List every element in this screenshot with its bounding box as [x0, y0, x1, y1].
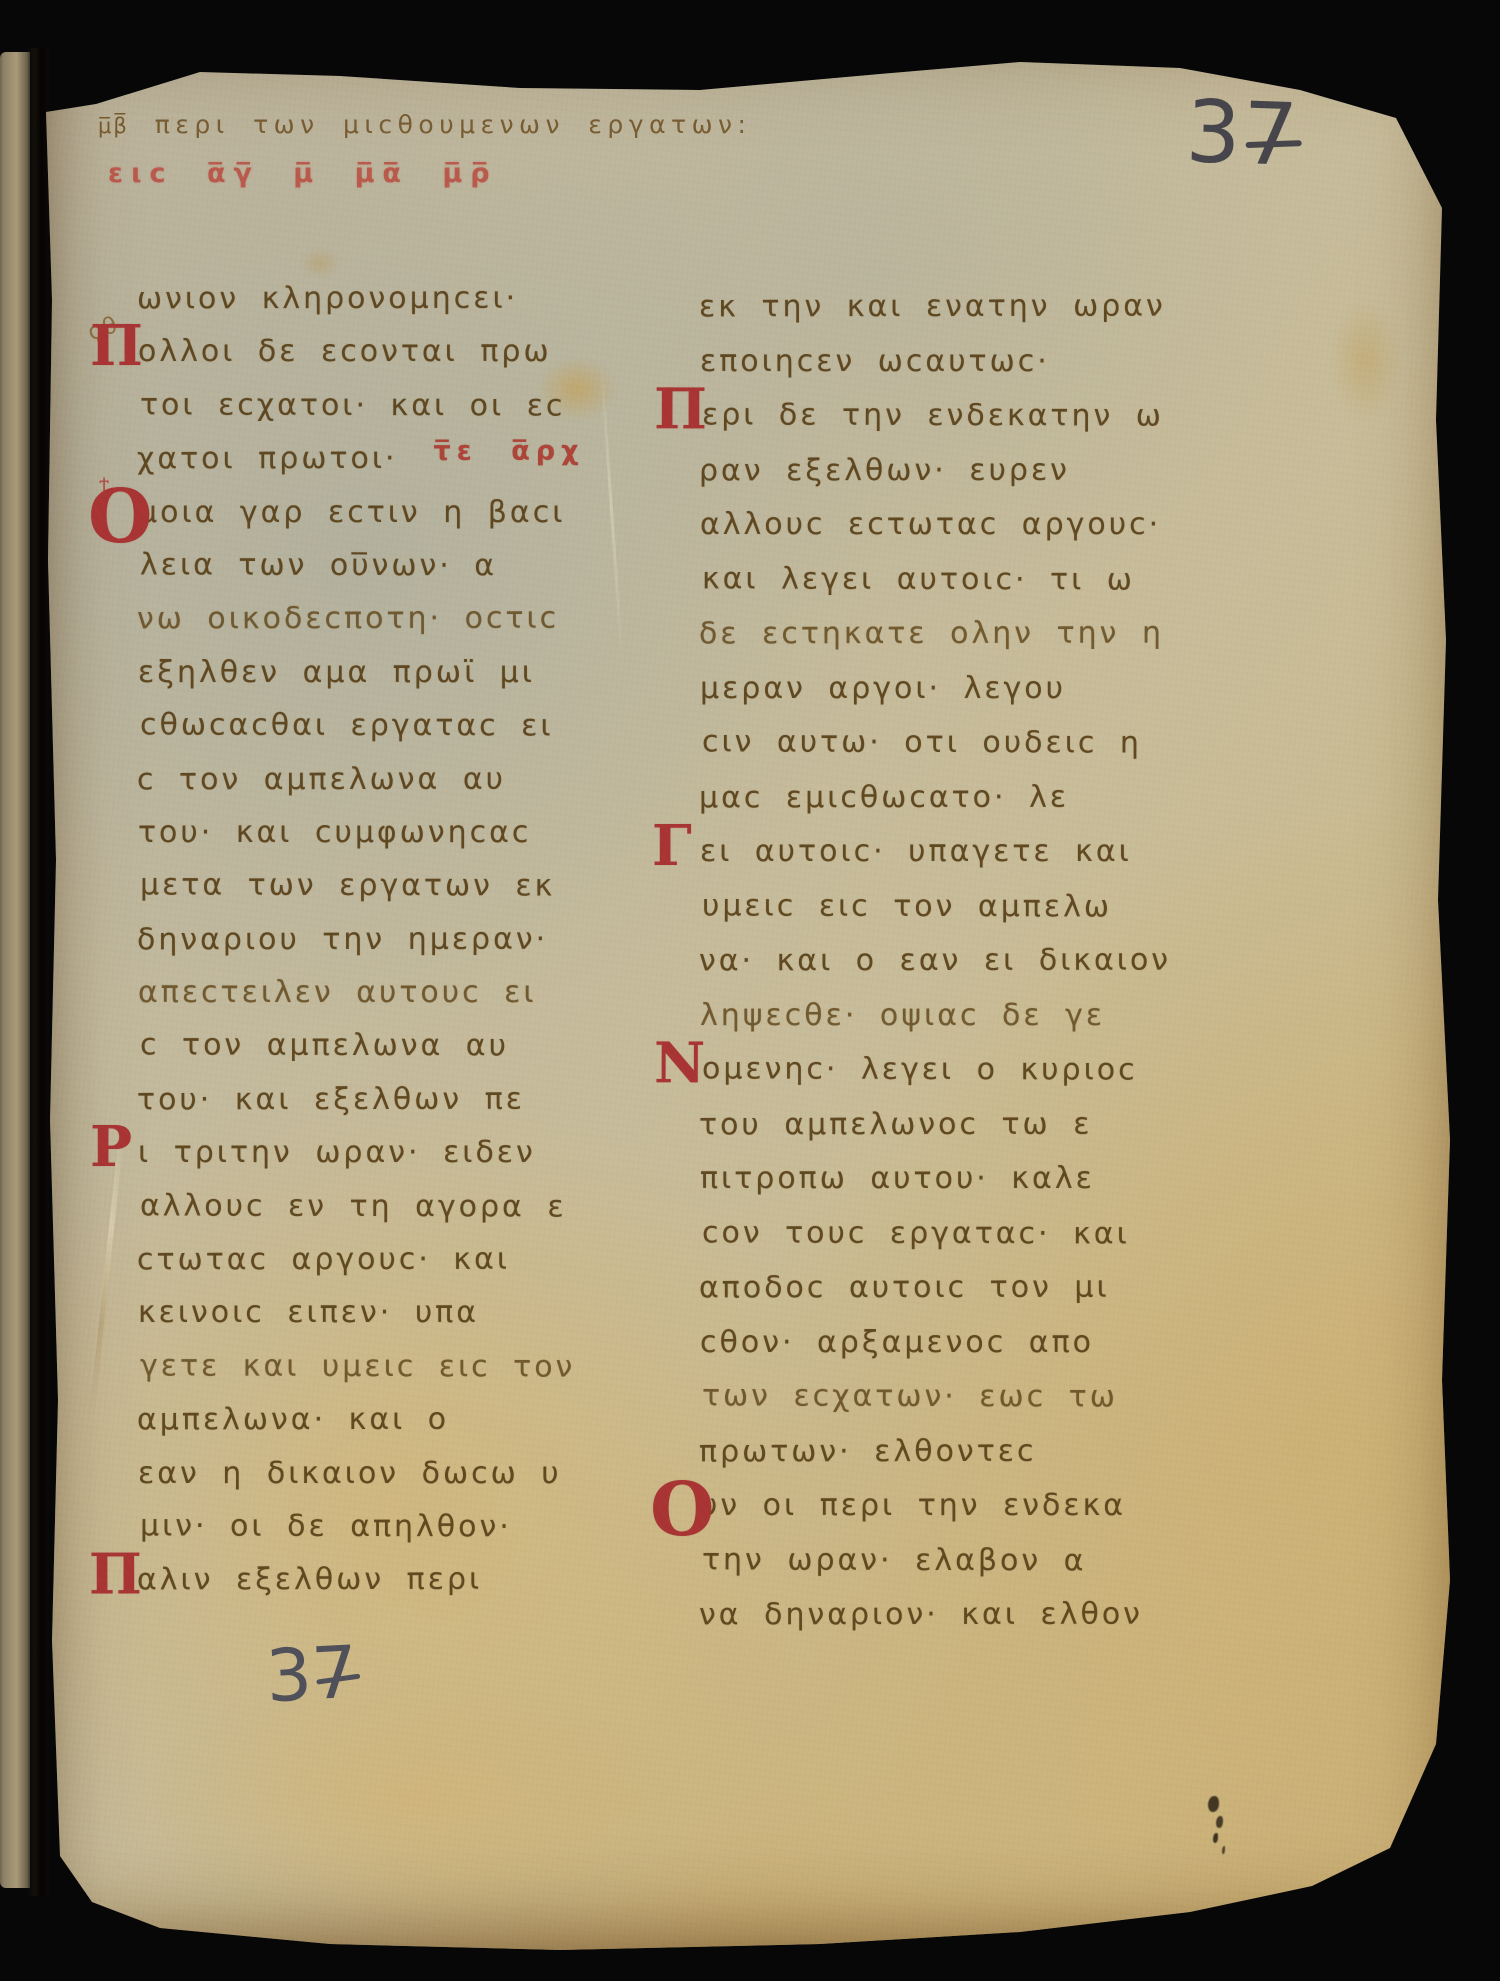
text-line: ϲθωϲαϲθαι εργαταϲ ει: [140, 699, 588, 754]
line-text: εξηλθεν αμα πρωϊ μι: [138, 655, 535, 690]
line-text: κεινοιϲ ειπεν· υπα: [138, 1295, 479, 1330]
line-text: αμπελωνα· και ο: [137, 1402, 449, 1438]
line-text: ερι δε την ενδεκατην ω: [702, 397, 1164, 433]
text-line: Παλιν εξελθων περι: [137, 1553, 585, 1607]
line-text: ραν εξελθων· ευρεν: [699, 452, 1070, 488]
line-text: εκ την και ενατην ωραν: [699, 289, 1166, 325]
line-text: ληψεϲθε· οψιαϲ δε γε: [700, 998, 1105, 1033]
line-text: ολλοι δε εϲονται πρω: [138, 334, 552, 369]
line-text: ϲθον· αρξαμενοϲ απο: [700, 1325, 1094, 1360]
line-text: ι τριτην ωραν· ειδεν: [138, 1135, 536, 1170]
text-line: Γει αυτοιϲ· υπαγετε και: [700, 825, 1172, 880]
text-line: εαν η δικαιον δωϲω υ: [138, 1447, 586, 1500]
drop-cap-initial: Π: [89, 1547, 145, 1603]
line-text: του· και ϲυμφωνηϲαϲ: [138, 815, 531, 850]
rubric-lection-note: ειϲ α̅γ̅ μ̅ μ̅α̅ μ̅ρ̅: [108, 158, 498, 189]
text-line: αμπελωνα· και ο: [137, 1393, 585, 1447]
line-text: πιτροπω αυτου· καλε: [700, 1161, 1095, 1196]
line-text: αποδοϲ αυτοιϲ τον μι: [699, 1270, 1110, 1306]
text-line: Νομενηϲ· λεγει ο κυριοϲ: [702, 1042, 1174, 1098]
text-line: χατοι πρωτοι·τ̅ε α̅ρχ: [137, 432, 585, 486]
line-text: ει αυτοιϲ· υπαγετε και: [700, 834, 1132, 869]
previous-page-edge: [0, 52, 30, 1888]
line-text: τοι εϲχατοι· και οι εϲ: [140, 387, 566, 423]
line-text: λεια των ου̅νων· α: [140, 547, 497, 583]
text-line: δηναριου την ημεραν·: [137, 912, 585, 966]
drop-cap-initial: Ο: [88, 480, 155, 554]
drop-cap-initial: Ν: [654, 1035, 708, 1091]
text-line: εποιηϲεν ωϲαυτωϲ·: [700, 335, 1172, 390]
stain-mark: [1330, 300, 1400, 420]
text-line: αλλουϲ εϲτωταϲ αργουϲ·: [700, 498, 1172, 553]
text-line: ϲ τον αμπελωνα αυ: [137, 752, 585, 806]
line-text: εποιηϲεν ωϲαυτωϲ·: [700, 344, 1050, 379]
text-line: ϲτωταϲ αργουϲ· και: [137, 1233, 585, 1287]
folio-number-bottom-text: 37: [264, 1630, 360, 1719]
text-line: μεραν αργοι· λεγου: [700, 662, 1172, 717]
line-text: την ωραν· ελαβον α: [702, 1542, 1087, 1578]
manuscript-page: μ̅β̅περι των μιϲθουμενων εργατων: ειϲ α̅…: [0, 0, 1500, 1981]
text-line: ϲον τουϲ εργαταϲ· και: [702, 1206, 1174, 1262]
line-text: ϲ τον αμπελωνα αυ: [140, 1028, 509, 1064]
line-text: να· και ο εαν ει δικαιον: [699, 943, 1171, 979]
text-line: νω οικοδεϲποτη· οϲτιϲ: [137, 592, 585, 646]
text-line: κεινοιϲ ειπεν· υπα: [138, 1286, 586, 1339]
line-text: ωνιον κληρονομηϲει·: [137, 281, 518, 317]
line-text: νω οικοδεϲποτη· οϲτιϲ: [137, 601, 559, 637]
text-line: να δηναριον· και ελθον: [699, 1588, 1171, 1643]
text-column-left: ωνιον κληρονομηϲει·Πολλοι δε εϲονται πρω…: [138, 272, 586, 1607]
stain-mark: [150, 1680, 670, 1920]
line-text: μετα των εργατων εκ: [140, 868, 555, 904]
text-line: ραν εξελθων· ευρεν: [699, 443, 1171, 498]
text-line: να· και ο εαν ει δικαιον: [699, 934, 1171, 989]
text-line: Ρι τριτην ωραν· ειδεν: [138, 1126, 586, 1179]
line-text: αλιν εξελθων περι: [137, 1562, 482, 1598]
text-line: Ομοια γαρ εϲτιν η βαϲι: [138, 486, 586, 539]
text-line: την ωραν· ελαβον α: [702, 1533, 1174, 1589]
line-text: πρωτων· ελθοντεϲ: [699, 1433, 1037, 1469]
drop-cap-initial: Π: [90, 318, 146, 374]
line-text: μαϲ εμιϲθωϲατο· λε: [699, 779, 1069, 815]
text-line: μετα των εργατων εκ: [140, 859, 588, 914]
line-text: ϲ τον αμπελωνα αυ: [137, 761, 506, 797]
drop-cap-initial: Ο: [650, 1473, 717, 1547]
folio-number-top-text: 37: [1184, 82, 1301, 186]
stain-mark: [300, 248, 340, 278]
text-line: ϲ τον αμπελωνα αυ: [140, 1019, 588, 1074]
line-text: ϲθωϲαϲθαι εργαταϲ ει: [140, 708, 554, 744]
line-text: μεραν αργοι· λεγου: [700, 671, 1066, 706]
line-text: εαν η δικαιον δωϲω υ: [138, 1456, 562, 1491]
line-text: γετε και υμειϲ ειϲ τον: [140, 1348, 575, 1384]
line-text: υμειϲ ειϲ τον αμπελω: [702, 888, 1112, 924]
line-text: χατοι πρωτοι·: [137, 441, 398, 476]
margin-cross-mark: ϯ: [99, 474, 109, 496]
manuscript-photo: μ̅β̅περι των μιϲθουμενων εργατων: ειϲ α̅…: [0, 0, 1500, 1981]
text-line: εκ την και ενατην ωραν: [699, 280, 1171, 335]
line-text: αλλουϲ εν τη αγορα ε: [140, 1188, 567, 1224]
line-text: ϲτωταϲ αργουϲ· και: [137, 1242, 510, 1278]
text-line: τοι εϲχατοι· και οι εϲ: [140, 378, 588, 433]
text-line: λεια των ου̅νων· α: [140, 538, 588, 593]
drop-cap-initial: Ρ: [90, 1119, 135, 1175]
text-line: Περι δε την ενδεκατην ω: [702, 388, 1174, 444]
text-line: αποδοϲ αυτοιϲ τον μι: [699, 1261, 1171, 1316]
text-line: ληψεϲθε· οψιαϲ δε γε: [700, 989, 1172, 1044]
text-line: του αμπελωνοϲ τω ε: [699, 1097, 1171, 1152]
gutter-crease: [27, 48, 49, 1896]
ink-blot: [1208, 1796, 1219, 1812]
text-line: γετε και υμειϲ ειϲ τον: [140, 1339, 588, 1394]
line-text: απεϲτειλεν αυτουϲ ει: [138, 975, 537, 1010]
folio-number-bottom: 37: [264, 1630, 360, 1719]
text-line: των εϲχατων· εωϲ τω: [702, 1369, 1174, 1425]
text-line: ϲιν αυτω· οτι ουδειϲ η: [702, 715, 1174, 771]
text-line: πιτροπω αυτου· καλε: [700, 1152, 1172, 1207]
text-line: του· και ϲυμφωνηϲαϲ: [138, 806, 586, 859]
text-column-right: εκ την και ενατην ωρανεποιηϲεν ωϲαυτωϲ·Π…: [700, 280, 1172, 1643]
chapter-numeral: μ̅β̅: [98, 114, 129, 138]
text-line: ϲθον· αρξαμενοϲ απο: [700, 1316, 1172, 1371]
line-text: δε εϲτηκατε ολην την η: [699, 616, 1164, 652]
text-line: Πολλοι δε εϲονται πρω: [138, 325, 586, 378]
text-line: του· και εξελθων πε: [137, 1072, 585, 1126]
line-text: μιν· οι δε απηλθον·: [140, 1508, 512, 1544]
line-text: ϲον τουϲ εργαταϲ· και: [702, 1215, 1130, 1251]
drop-cap-initial: Γ: [652, 818, 695, 874]
text-line: εξηλθεν αμα πρωϊ μι: [138, 646, 586, 699]
stain-mark: [538, 358, 616, 420]
line-text: ϲιν αυτω· οτι ουδειϲ η: [702, 724, 1142, 760]
text-line: απεϲτειλεν αυτουϲ ει: [138, 966, 586, 1019]
line-text: και λεγει αυτοιϲ· τι ω: [702, 561, 1135, 597]
text-line: υμειϲ ειϲ τον αμπελω: [702, 879, 1174, 935]
text-line: Ουν οι περι την ενδεκα: [700, 1479, 1172, 1534]
running-header: μ̅β̅περι των μιϲθουμενων εργατων:: [98, 110, 751, 139]
seven-crossbar: [316, 1674, 360, 1685]
text-line: μαϲ εμιϲθωϲατο· λε: [699, 770, 1171, 825]
line-text: του· και εξελθων πε: [137, 1082, 525, 1118]
line-text: δηναριου την ημεραν·: [137, 921, 548, 957]
line-text: των εϲχατων· εωϲ τω: [702, 1378, 1118, 1414]
drop-cap-initial: Π: [654, 381, 710, 437]
seven-crossbar: [1246, 140, 1302, 148]
text-line: ωνιον κληρονομηϲει·: [137, 272, 585, 326]
crease-line: [89, 1131, 124, 1420]
text-line: δε εϲτηκατε ολην την η: [699, 607, 1171, 662]
text-line: πρωτων· ελθοντεϲ: [699, 1424, 1171, 1479]
crease-line: [600, 360, 624, 659]
margin-chapter-numeral: ϙθ: [85, 312, 122, 346]
text-line: αλλουϲ εν τη αγορα ε: [140, 1179, 588, 1234]
text-line: μιν· οι δε απηλθον·: [140, 1499, 588, 1554]
line-text: ομενηϲ· λεγει ο κυριοϲ: [702, 1051, 1138, 1087]
lection-mark: τ̅ε α̅ρχ: [434, 436, 585, 467]
text-line: και λεγει αυτοιϲ· τι ω: [702, 552, 1174, 608]
line-text: μοια γαρ εϲτιν η βαϲι: [138, 495, 565, 530]
folio-number-top: 37: [1184, 82, 1301, 186]
header-title: περι των μιϲθουμενων εργατων:: [155, 110, 752, 139]
line-text: αλλουϲ εϲτωταϲ αργουϲ·: [700, 507, 1161, 542]
line-text: του αμπελωνοϲ τω ε: [699, 1106, 1092, 1142]
line-text: να δηναριον· και ελθον: [699, 1597, 1143, 1633]
line-text: υν οι περι την ενδεκα: [700, 1488, 1126, 1523]
